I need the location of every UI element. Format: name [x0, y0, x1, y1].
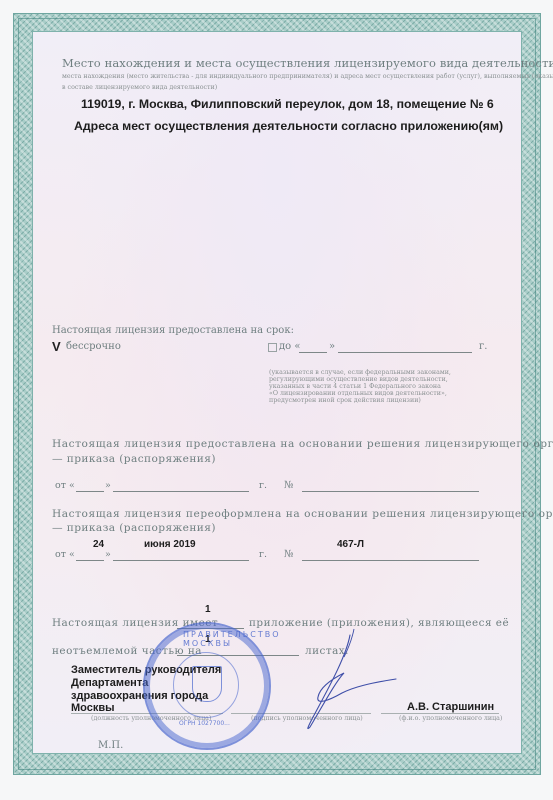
granted-line2: — приказа (распоряжения) [52, 453, 216, 465]
seal-outer-text: ПРАВИТЕЛЬСТВО МОСКВЫ [183, 630, 281, 648]
granted-from-label: от « [55, 480, 75, 491]
granted-number-label: № [284, 480, 293, 491]
granted-day-field[interactable] [76, 491, 104, 492]
reissued-day-value: 24 [93, 539, 104, 550]
location-note-line3: в составе лицензируемого вида деятельнос… [62, 84, 217, 91]
until-quote-close: » [329, 341, 335, 352]
until-note-line: регулирующими осуществление видов деятел… [269, 376, 448, 383]
appendix-count-value: 1 [205, 604, 211, 615]
reissued-number-label: № [284, 549, 293, 560]
reissued-quote-close: » [105, 549, 111, 560]
granted-line1: Настоящая лицензия предоставлена на осно… [52, 438, 553, 450]
reissued-number-value: 467-Л [337, 539, 364, 550]
unlimited-label: бессрочно [66, 341, 121, 352]
reissued-day-field[interactable] [76, 560, 104, 561]
location-heading-text: Место нахождения и места осуществления л… [62, 56, 553, 70]
granted-month-year-field[interactable] [113, 491, 249, 492]
until-note-line: «О лицензировании отдельных видов деятел… [269, 390, 447, 397]
addresses-appendix-note: Адреса мест осуществления деятельности с… [74, 119, 503, 133]
until-note-line: (указывается в случае, если федеральными… [269, 369, 451, 376]
reissued-month-year-value: июня 2019 [144, 539, 196, 550]
granted-quote-close: » [105, 480, 111, 491]
until-note-line: указанных в части 4 статьи 1 Федеральног… [269, 383, 441, 390]
granted-number-field[interactable] [302, 491, 479, 492]
unlimited-checkbox-mark[interactable]: V [52, 339, 61, 354]
until-checkbox[interactable] [268, 343, 277, 352]
reissued-line2: — приказа (распоряжения) [52, 522, 216, 534]
until-day-field[interactable] [299, 352, 327, 353]
until-month-year-field[interactable] [338, 352, 472, 353]
seal-label: М.П. [98, 740, 123, 751]
until-year-suffix: г. [479, 341, 487, 352]
reissued-number-field[interactable] [302, 560, 479, 561]
term-heading: Настоящая лицензия предоставлена на срок… [52, 325, 294, 336]
reissued-year-label: г. [259, 549, 267, 560]
location-heading: Место нахождения и места осуществления л… [62, 56, 553, 70]
official-seal: ПРАВИТЕЛЬСТВО МОСКВЫ ОГРН 1027700... [143, 622, 271, 750]
moscow-coat-of-arms-icon [192, 666, 222, 702]
reissued-from-label: от « [55, 549, 75, 560]
location-note-line2: места нахождения (место жительства - для… [62, 73, 553, 80]
reissued-month-year-field[interactable] [113, 560, 249, 561]
license-address: 119019, г. Москва, Филипповский переулок… [81, 97, 494, 111]
handwritten-signature [288, 627, 408, 737]
signatory-name: А.В. Старшинин [407, 701, 494, 713]
granted-year-label: г. [259, 480, 267, 491]
until-prefix: до « [279, 341, 300, 352]
seal-inner-text: ОГРН 1027700... [179, 720, 230, 727]
name-caption: (ф.и.о. уполномоченного лица) [399, 715, 502, 722]
until-note-line: предусмотрен иной срок действия лицензии… [269, 397, 421, 404]
reissued-line1: Настоящая лицензия переоформлена на осно… [52, 508, 553, 520]
